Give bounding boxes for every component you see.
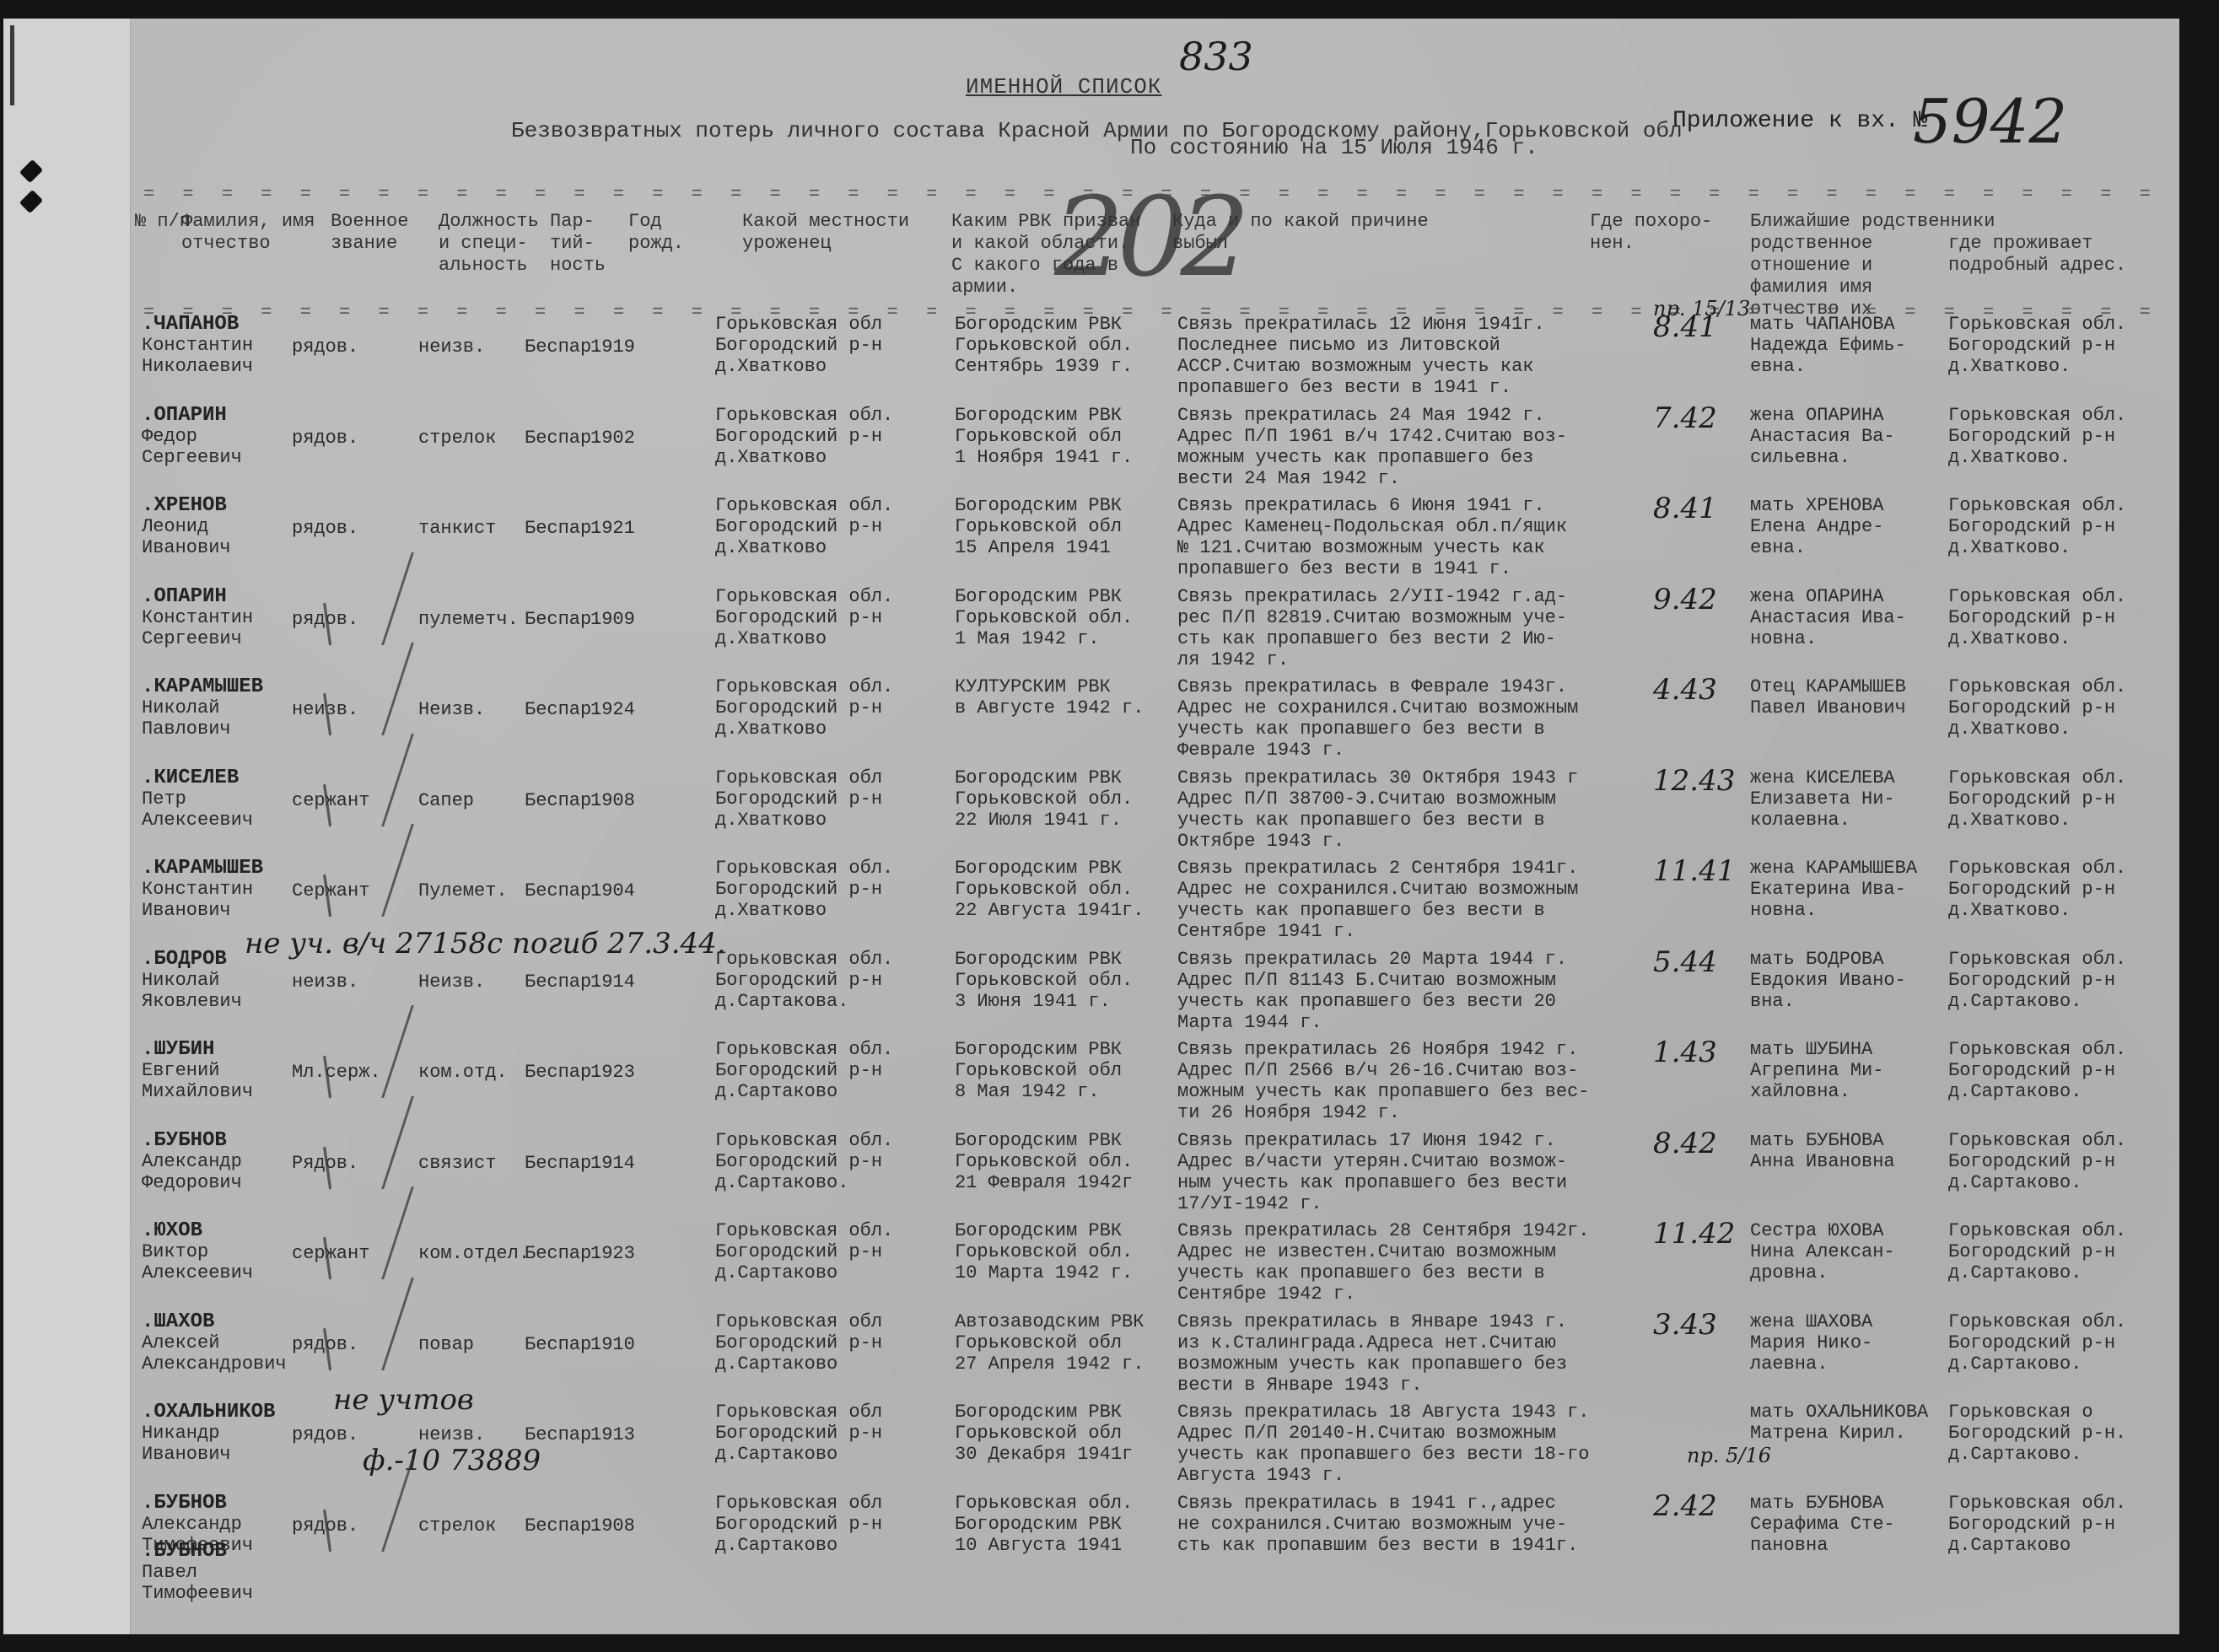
- native-place: Горьковская обл Богородский р-н д.Сартак…: [715, 1402, 882, 1465]
- conscription-office: Богородским РВК Горьковской обл. Сентябр…: [955, 314, 1133, 377]
- document-as-of-date: По состоянию на 15 Июля 1946 г.: [1130, 135, 1538, 160]
- loss-reason: Связь прекратилась 18 Августа 1943 г. Ад…: [1177, 1402, 1589, 1486]
- handwritten-note: не учтов: [333, 1383, 474, 1417]
- next-of-kin: жена ШАХОВА Мария Нико- лаевна.: [1750, 1311, 1872, 1375]
- table-row: .ШУБИН Евгений МихайловичМл.серж.ком.отд…: [0, 1039, 2219, 1130]
- next-of-kin-address: Горьковская обл. Богородский р-н д.Хватк…: [1948, 858, 2126, 921]
- handwritten-date: 8.41: [1653, 498, 1717, 519]
- appendix-number: 5942: [1913, 86, 2067, 157]
- birth-year: 1923: [590, 1243, 635, 1264]
- loss-reason: Связь прекратилась 12 Июня 1941г. Послед…: [1177, 314, 1545, 398]
- native-place: Горьковская обл Богородский р-н д.Хватко…: [715, 767, 882, 831]
- header-position: Должность и специ- альность: [439, 211, 539, 277]
- handwritten-date: 11.41: [1653, 861, 1735, 882]
- person-name: .ЮХОВ Виктор Алексеевич: [142, 1220, 253, 1283]
- birth-year: 1914: [590, 1153, 635, 1174]
- birth-year: 1923: [590, 1062, 635, 1083]
- conscription-office: Богородским РВК Горьковской обл 8 Мая 19…: [955, 1039, 1122, 1102]
- next-of-kin-address: Горьковская о Богородский р-н. д.Сартако…: [1948, 1402, 2126, 1465]
- table-row: .ОХАЛЬНИКОВ Никандр Ивановичрядов.неизв.…: [0, 1402, 2219, 1493]
- birth-year: 1919: [590, 336, 635, 358]
- table-row: .ОПАРИН Константин Сергеевичрядов.пулеме…: [0, 586, 2219, 677]
- next-of-kin: мать БОДРОВА Евдокия Ивано- вна.: [1750, 949, 1906, 1012]
- separator-top: = = = = = = = = = = = = = = = = = = = = …: [143, 184, 2176, 205]
- native-place: Горьковская обл. Богородский р-н д.Сарта…: [715, 1220, 893, 1283]
- loss-reason: Связь прекратилась 17 Июня 1942 г. Адрес…: [1177, 1130, 1567, 1214]
- next-of-kin-address: Горьковская обл. Богородский р-н д.Хватк…: [1948, 767, 2126, 831]
- next-of-kin-address: Горьковская обл. Богородский р-н д.Хватк…: [1948, 405, 2126, 468]
- conscription-office: Богородским РВК Горьковской обл. 3 Июня …: [955, 949, 1133, 1012]
- person-name: .ХРЕНОВ Леонид Иванович: [142, 495, 231, 558]
- position: Неизв.: [418, 971, 485, 993]
- native-place: Горьковская обл Богородский р-н д.Хватко…: [715, 314, 882, 377]
- table-row: .ХРЕНОВ Леонид Ивановичрядов.танкистБесп…: [0, 495, 2219, 586]
- position: Неизв.: [418, 699, 485, 720]
- next-of-kin-address: Горьковская обл. Богородский р-н д.Сарта…: [1948, 1039, 2126, 1102]
- military-rank: неизв.: [292, 971, 358, 993]
- handwritten-date: 11.42: [1653, 1224, 1735, 1245]
- header-rvk: Каким РВК призван и какой области. С как…: [951, 211, 1140, 299]
- handwritten-date: 12.43: [1653, 771, 1735, 792]
- next-of-kin: жена ОПАРИНА Анастасия Ива- новна.: [1750, 586, 1906, 649]
- native-place: Горьковская обл. Богородский р-н д.Хватк…: [715, 586, 893, 649]
- next-of-kin-address: Горьковская обл. Богородский р-н д.Сарта…: [1948, 949, 2126, 1012]
- position: Пулемет.: [418, 880, 508, 901]
- position: стрелок: [418, 428, 496, 449]
- conscription-office: Автозаводским РВК Горьковской обл 27 Апр…: [955, 1311, 1144, 1375]
- birth-year: 1921: [590, 518, 635, 539]
- position: неизв.: [418, 1424, 485, 1445]
- position: стрелок: [418, 1515, 496, 1536]
- person-name: .ОХАЛЬНИКОВ Никандр Иванович: [142, 1402, 275, 1465]
- header-party: Пар- тий- ность: [550, 211, 606, 277]
- military-rank: рядов.: [292, 428, 358, 449]
- table-row: .БУБНОВ Павел Тимофеевич: [0, 1541, 2219, 1632]
- native-place: Горьковская обл. Богородский р-н д.Хватк…: [715, 858, 893, 921]
- conscription-office: Богородским РВК Горьковской обл 15 Апрел…: [955, 495, 1122, 558]
- conscription-office: Богородским РВК Горьковской обл. 21 Февр…: [955, 1130, 1133, 1193]
- loss-reason: Связь прекратилась 28 Сентября 1942г. Ад…: [1177, 1220, 1589, 1305]
- conscription-office: Богородским РВК Горьковской обл. 22 Авгу…: [955, 858, 1144, 921]
- next-of-kin: мать ЧАПАНОВА Надежда Ефимь- евна.: [1750, 314, 1906, 377]
- table-row: .КИСЕЛЕВ Петр АлексеевичсержантСаперБесп…: [0, 767, 2219, 858]
- handwritten-date: 8.42: [1653, 1133, 1717, 1154]
- next-of-kin-address: Горьковская обл. Богородский р-н д.Хватк…: [1948, 676, 2126, 740]
- birth-year: 1909: [590, 609, 635, 630]
- loss-reason: Связь прекратилась 2 Сентября 1941г. Адр…: [1177, 858, 1578, 942]
- native-place: Горьковская обл. Богородский р-н д.Сарта…: [715, 1039, 893, 1102]
- next-of-kin-address: Горьковская обл. Богородский р-н д.Сарта…: [1948, 1311, 2126, 1375]
- header-year: Год рожд.: [628, 211, 684, 255]
- position: танкист: [418, 518, 496, 539]
- conscription-office: Богородским РВК Горьковской обл. 1 Мая 1…: [955, 586, 1133, 649]
- person-name: .БУБНОВ Павел Тимофеевич: [142, 1541, 253, 1604]
- birth-year: 1902: [590, 428, 635, 449]
- table-row: .ОПАРИН Федор Сергеевичрядов.стрелокБесп…: [0, 405, 2219, 496]
- person-name: .ЧАПАНОВ Константин Николаевич: [142, 314, 253, 377]
- next-of-kin: Отец КАРАМЫШЕВ Павел Иванович: [1750, 676, 1906, 718]
- position: связист: [418, 1153, 496, 1174]
- table-row: .КАРАМЫШЕВ Константин ИвановичСержантПул…: [0, 858, 2219, 949]
- next-of-kin: жена ОПАРИНА Анастасия Ва- сильевна.: [1750, 405, 1895, 468]
- native-place: Горьковская обл. Богородский р-н д.Сарта…: [715, 1130, 893, 1193]
- handwritten-date: 2.42: [1653, 1496, 1717, 1517]
- next-of-kin-address: Горьковская обл. Богородский р-н д.Сарта…: [1948, 1130, 2126, 1193]
- native-place: Горьковская обл. Богородский р-н д.Хватк…: [715, 676, 893, 740]
- loss-reason: Связь прекратилась 30 Октября 1943 г Адр…: [1177, 767, 1578, 852]
- next-of-kin: Сестра ЮХОВА Нина Алексан- дровна.: [1750, 1220, 1895, 1283]
- person-name: .КАРАМЫШЕВ Константин Иванович: [142, 858, 263, 921]
- military-rank: рядов.: [292, 336, 358, 358]
- person-name: .БУБНОВ Александр Федорович: [142, 1130, 242, 1193]
- birth-year: 1904: [590, 880, 635, 901]
- native-place: Горьковская обл Богородский р-н д.Сартак…: [715, 1311, 882, 1375]
- person-name: .БОДРОВ Николай Яковлевич: [142, 949, 242, 1012]
- header-rank: Военное звание: [331, 211, 408, 255]
- birth-year: 1924: [590, 699, 635, 720]
- next-of-kin-address: Горьковская обл. Богородский р-н д.Хватк…: [1948, 314, 2126, 377]
- person-name: .ШУБИН Евгений Михайлович: [142, 1039, 253, 1102]
- handwritten-date: 8.41: [1653, 317, 1717, 338]
- appendix-label: Приложение к вх. №: [1672, 108, 1927, 134]
- birth-year: 1910: [590, 1334, 635, 1355]
- header-reason: Куда и по какой причине выбыл: [1172, 211, 1429, 255]
- margin-mark: [10, 25, 14, 105]
- handwritten-sheet-number: 833: [1179, 34, 1253, 79]
- military-rank: рядов.: [292, 518, 358, 539]
- table-row: .ЮХОВ Виктор Алексеевичсержантком.отдел.…: [0, 1220, 2219, 1311]
- handwritten-date: 7.42: [1653, 408, 1717, 429]
- person-name: .ШАХОВ Алексей Александрович: [142, 1311, 287, 1375]
- native-place: Горьковская обл. Богородский р-н д.Хватк…: [715, 495, 893, 558]
- loss-reason: Связь прекратилась в Январе 1943 г. из к…: [1177, 1311, 1567, 1396]
- header-native: Какой местности уроженец: [742, 211, 909, 255]
- next-of-kin-address: Горьковская обл. Богородский р-н д.Хватк…: [1948, 495, 2126, 558]
- next-of-kin-address: Горьковская обл. Богородский р-н д.Хватк…: [1948, 586, 2126, 649]
- loss-reason: Связь прекратилась 24 Мая 1942 г. Адрес …: [1177, 405, 1567, 489]
- next-of-kin-address: Горьковская обл. Богородский р-н д.Сарта…: [1948, 1220, 2126, 1283]
- next-of-kin: мать ОХАЛЬНИКОВА Матрена Кирил.: [1750, 1402, 1928, 1444]
- table-row: .БОДРОВ Николай Яковлевичнеизв.Неизв.Бес…: [0, 949, 2219, 1040]
- loss-reason: Связь прекратилась 2/УII-1942 г.ад- рес …: [1177, 586, 1567, 670]
- table-row: .БУБНОВ Александр ФедоровичРядов.связист…: [0, 1130, 2219, 1221]
- conscription-office: Богородским РВК Горьковской обл 1 Ноября…: [955, 405, 1133, 468]
- document-title: ИМЕННОЙ СПИСОК: [966, 74, 1161, 100]
- position: Сапер: [418, 790, 474, 811]
- birth-year: 1908: [590, 1515, 635, 1536]
- next-of-kin: мать ШУБИНА Агрепина Ми- хайловна.: [1750, 1039, 1883, 1102]
- native-place: Горьковская обл. Богородский р-н д.Сарта…: [715, 949, 893, 1012]
- next-of-kin: мать БУБНОВА Анна Ивановна: [1750, 1130, 1895, 1172]
- position: ком.отд.: [418, 1062, 508, 1083]
- handwritten-date: 1.43: [1653, 1042, 1717, 1063]
- conscription-office: Богородским РВК Горьковской обл. 22 Июля…: [955, 767, 1133, 831]
- next-of-kin: жена КАРАМЫШЕВА Екатерина Ива- новна.: [1750, 858, 1917, 921]
- military-rank: рядов.: [292, 1424, 358, 1445]
- loss-reason: Связь прекратилась 20 Марта 1944 г. Адре…: [1177, 949, 1567, 1033]
- loss-reason: Связь прекратилась в Феврале 1943г. Адре…: [1177, 676, 1578, 761]
- header-burial: Где похоро- нен.: [1590, 211, 1712, 255]
- person-name: .ОПАРИН Константин Сергеевич: [142, 586, 253, 649]
- next-of-kin: жена КИСЕЛЕВА Елизавета Ни- колаевна.: [1750, 767, 1895, 831]
- position: ком.отдел.: [418, 1243, 530, 1264]
- person-name: .ОПАРИН Федор Сергеевич: [142, 405, 242, 468]
- loss-reason: Связь прекратилась 26 Ноября 1942 г. Адр…: [1177, 1039, 1589, 1123]
- handwritten-date: 9.42: [1653, 589, 1717, 611]
- loss-reason: Связь прекратилась 6 Июня 1941 г. Адрес …: [1177, 495, 1567, 579]
- conscription-office: Богородским РВК Горьковской обл 30 Декаб…: [955, 1402, 1133, 1465]
- position: повар: [418, 1334, 474, 1355]
- table-row: .ЧАПАНОВ Константин Николаевичрядов.неиз…: [0, 314, 2219, 405]
- position: неизв.: [418, 336, 485, 358]
- header-name: Фамилия, имя отчество: [181, 211, 315, 255]
- position: пулеметч.: [418, 609, 519, 630]
- native-place: Горьковская обл. Богородский р-н д.Хватк…: [715, 405, 893, 468]
- conscription-office: КУЛТУРСКИМ РВК в Августе 1942 г.: [955, 676, 1144, 718]
- handwritten-date: 3.43: [1653, 1315, 1717, 1336]
- handwritten-date: 4.43: [1653, 680, 1717, 701]
- handwritten-date: 5.44: [1653, 952, 1717, 973]
- person-name: .КАРАМЫШЕВ Николай Павлович: [142, 676, 263, 740]
- birth-year: 1914: [590, 971, 635, 993]
- next-of-kin: мать ХРЕНОВА Елена Андре- евна.: [1750, 495, 1883, 558]
- conscription-office: Богородским РВК Горьковской обл. 10 Март…: [955, 1220, 1133, 1283]
- person-name: .КИСЕЛЕВ Петр Алексеевич: [142, 767, 253, 831]
- birth-year: 1913: [590, 1424, 635, 1445]
- header-address: где проживает подробный адрес.: [1948, 233, 2126, 277]
- birth-year: 1908: [590, 790, 635, 811]
- table-row: .КАРАМЫШЕВ Николай Павловичнеизв.Неизв.Б…: [0, 676, 2219, 767]
